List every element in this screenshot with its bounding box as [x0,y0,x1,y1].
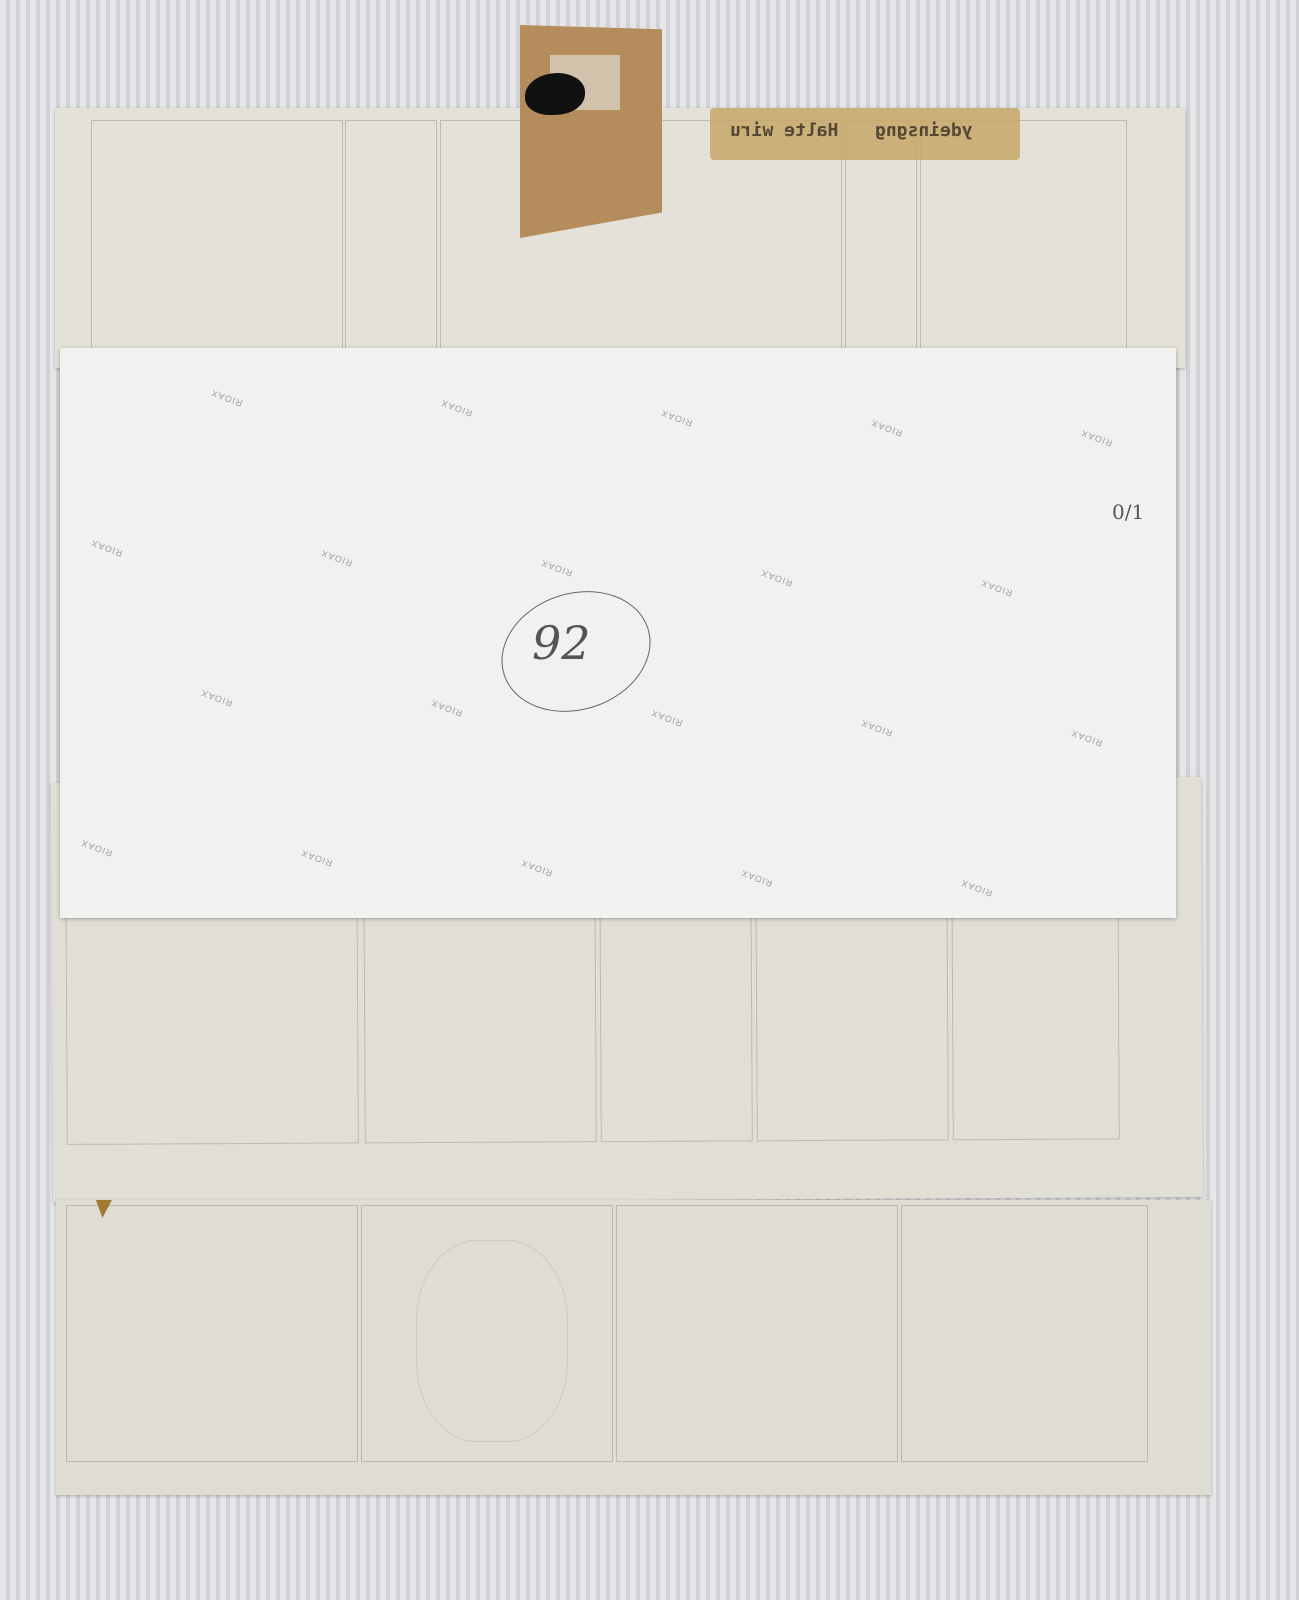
comic-panel [66,911,359,1145]
watermark: RIOAX [209,388,243,409]
comic-panel [91,120,343,362]
comic-panel [345,120,437,362]
watermark: RIOAX [319,548,353,569]
tape-tab [520,25,662,238]
circle-drawing [416,1240,568,1442]
watermark: RIOAX [1079,428,1113,449]
watermark: RIOAX [659,408,693,429]
comic-panel [952,907,1120,1140]
comic-panel [616,1205,898,1462]
comic-panel [756,908,949,1141]
watermark: RIOAX [429,698,463,719]
watermark: RIOAX [739,868,773,889]
comic-panel [600,909,753,1142]
watermark: RIOAX [759,568,793,589]
watermark: RIOAX [1069,728,1103,749]
watermark: RIOAX [869,418,903,439]
edge-number: 0/1 [1112,500,1144,524]
watermark: RIOAX [979,578,1013,599]
watermark: RIOAX [199,688,233,709]
watermark: RIOAX [79,838,113,859]
label-text-left: Halte wiru [730,120,838,141]
tape-hole [525,73,585,115]
label-text-right: ydeinsgng [875,120,973,141]
bottom-sheet [56,1200,1211,1495]
comic-panel [364,910,597,1143]
watermark: RIOAX [299,848,333,869]
comic-panel [66,1205,358,1462]
comic-panel [901,1205,1148,1462]
white-strip: RIOAX RIOAX RIOAX RIOAX RIOAX RIOAX RIOA… [60,348,1176,918]
watermark: RIOAX [89,538,123,559]
watermark: RIOAX [439,398,473,419]
watermark: RIOAX [859,718,893,739]
watermark: RIOAX [539,558,573,579]
circled-number: 92 [532,616,591,670]
watermark: RIOAX [959,878,993,899]
watermark: RIOAX [649,708,683,729]
label-strip: Halte wiru ydeinsgng [710,108,1020,160]
watermark: RIOAX [519,858,553,879]
